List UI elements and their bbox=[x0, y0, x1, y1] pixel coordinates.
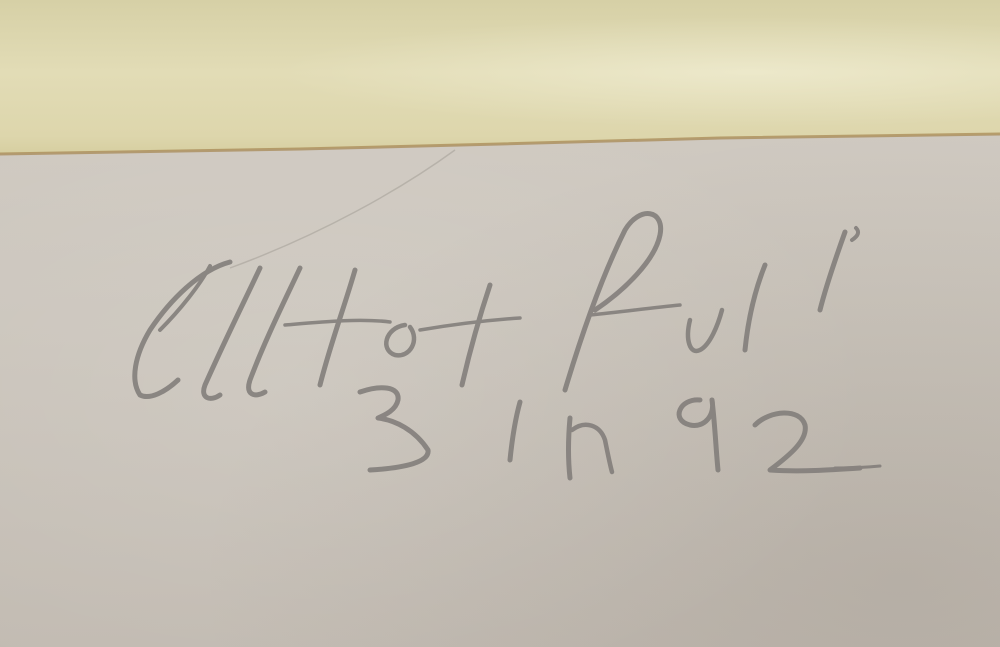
photo: Elliott Puls 3/11 92 bbox=[0, 0, 1000, 647]
signature-name: Elliott Puls bbox=[150, 300, 156, 301]
signature-date: 3/11 92 bbox=[360, 430, 364, 431]
pencil-signature bbox=[0, 0, 1000, 647]
